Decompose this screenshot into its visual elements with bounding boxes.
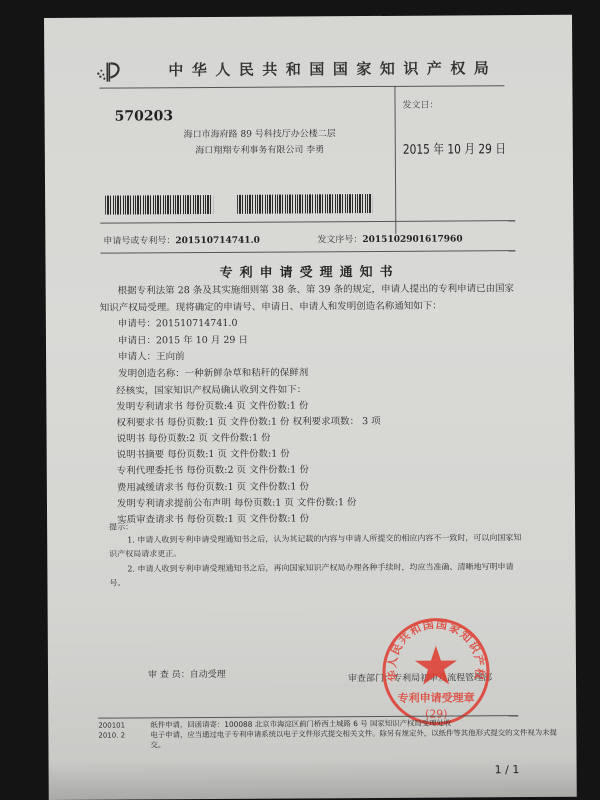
reviewer: 审 查 员：自动受理 — [148, 667, 226, 684]
form-codes: 200101 2010. 2 — [98, 721, 125, 741]
form-version: 2010. 2 — [98, 731, 125, 741]
official-seal-icon: 中华人民共和国国家知识产权局 专利申请受理章 (29) — [380, 615, 493, 728]
address-line-1: 海口市海府路 89 号科技厅办公楼二层 — [165, 126, 355, 143]
barcode-2 — [237, 194, 372, 214]
intro-text: 根据专利法第 28 条及其实施细则第 38 条、第 39 条的规定，申请人提出的… — [100, 281, 520, 317]
serial-number: 发文序号：2015102901617960 — [317, 231, 462, 245]
field-application-date: 申请日：2015 年 10 月 29 日 — [118, 332, 308, 350]
barcode-rule — [100, 220, 515, 224]
tip-item: 2. 申请人收到专利申请受理通知书之后，再向国家知识产权局办理各种手续时，均应当… — [109, 560, 529, 591]
reviewer-value: 自动受理 — [190, 670, 226, 680]
field-application-number: 申请号：201510714741.0 — [118, 315, 308, 333]
file-item: 专利代理委托书 每份页数:2 页 文件份数:1 份 — [117, 462, 381, 480]
footer-line-electronic: 电子申请，应当通过电子专利申请系统以电子文件形式提交相关文件。除另有规定外，以纸… — [150, 728, 560, 751]
file-item: 说明书摘要 每份页数:1 页 文件份数:1 份 — [117, 446, 381, 464]
file-item: 权利要求书 每份页数:1 页 文件份数:1 份 权利要求项数： 3 项 — [116, 414, 380, 432]
file-item: 发明专利请求书 每份页数:4 页 文件份数:1 份 — [116, 398, 380, 416]
reference-rule — [100, 250, 515, 254]
dispatch-date-label: 发文日： — [402, 98, 438, 111]
postcode: 570203 — [115, 108, 174, 124]
cnipa-logo-icon — [94, 60, 122, 84]
address-line-2: 海口翔翔专利事务有限公司 李勇 — [165, 142, 355, 159]
application-number: 申请号或专利号：201510714741.0 — [103, 233, 260, 247]
header-rule — [99, 85, 504, 88]
tips: 1. 申请人收到专利申请受理通知书之后，认为其记载的内容与申请人所提交的相应内容… — [109, 531, 529, 592]
files-intro: 经核实，国家知识产权局确认收到文件如下： — [116, 382, 380, 400]
serial-number-label: 发文序号： — [317, 235, 362, 245]
reviewer-label: 审 查 员： — [148, 670, 190, 680]
intro-paragraph: 根据专利法第 28 条及其实施细则第 38 条、第 39 条的规定，申请人提出的… — [100, 281, 520, 317]
agency-name: 中华人民共和国国家知识产权局 — [168, 57, 497, 80]
footer-instructions: 纸件申请，回函请寄：100088 北京市海淀区蓟门桥西土城路 6 号 国家知识产… — [150, 718, 560, 751]
file-item: 发明专利请求提前公布声明 每份页数:1 页 文件份数:1 份 — [117, 495, 381, 513]
seal-center-text: 专利申请受理章 — [398, 690, 475, 704]
dispatch-date: 2015 年 10 月 29 日 — [403, 138, 506, 158]
barcode-1 — [105, 195, 213, 215]
form-code: 200101 — [98, 721, 125, 731]
application-number-label: 申请号或专利号： — [103, 236, 175, 246]
field-applicant: 申请人：王向前 — [118, 348, 308, 366]
file-item: 实质审查请求书 每份页数:1 页 文件份数:1 份 — [117, 511, 381, 529]
file-item: 费用减缓请求书 每份页数:1 页 文件份数:1 份 — [117, 479, 381, 497]
tip-item: 1. 申请人收到专利申请受理通知书之后，认为其记载的内容与申请人所提交的相应内容… — [109, 531, 529, 562]
application-fields: 申请号：201510714741.0 申请日：2015 年 10 月 29 日 … — [118, 315, 308, 382]
field-invention-title: 发明创造名称：一种新鲜杂草和秸秆的保鲜剂 — [118, 365, 308, 383]
header-divider — [394, 86, 396, 234]
serial-number-value: 2015102901617960 — [362, 234, 462, 245]
recipient-address: 海口市海府路 89 号科技厅办公楼二层 海口翔翔专利事务有限公司 李勇 — [165, 126, 355, 159]
received-files: 经核实，国家知识产权局确认收到文件如下： 发明专利请求书 每份页数:4 页 文件… — [116, 382, 381, 528]
photo-shadow — [49, 757, 577, 800]
document-title: 专利申请受理通知书 — [45, 260, 573, 282]
notice-document: 中华人民共和国国家知识产权局 570203 海口市海府路 89 号科技厅办公楼二… — [44, 15, 577, 800]
file-item: 说明书 每份页数:2 页 文件份数:1 份 — [117, 430, 381, 448]
application-number-value: 201510714741.0 — [175, 236, 260, 247]
